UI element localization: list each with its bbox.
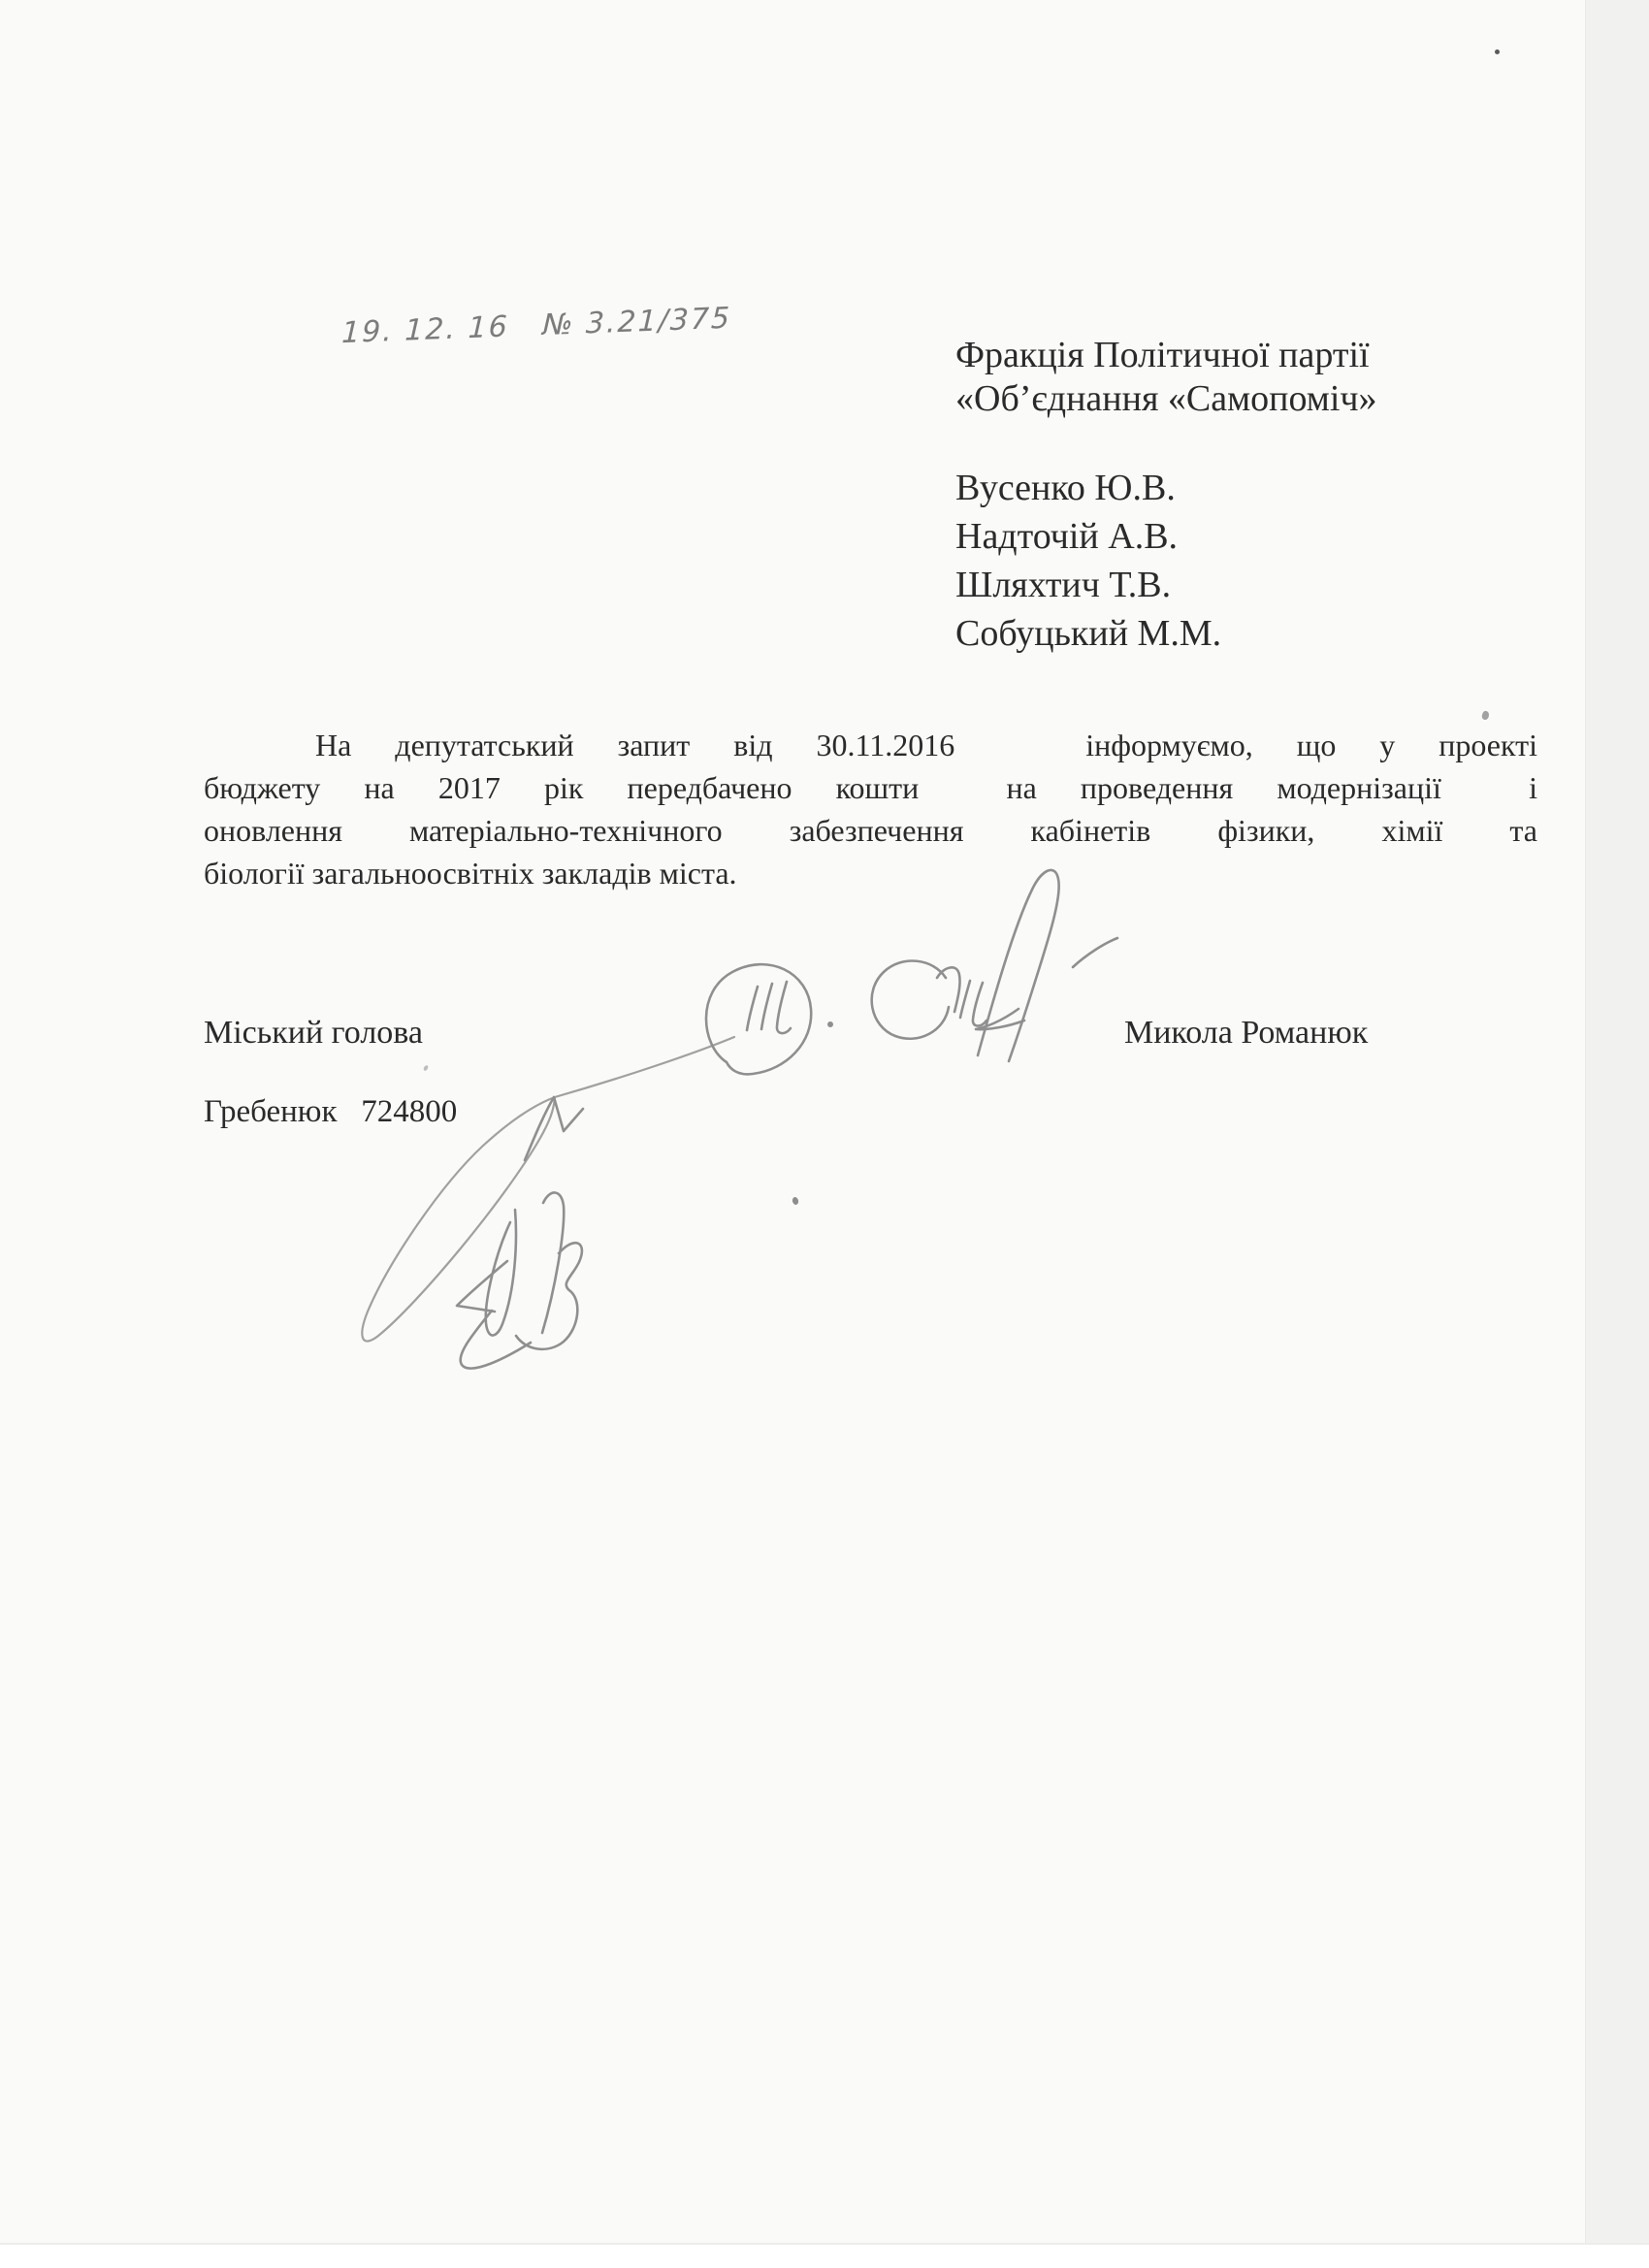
body-paragraph: На депутатський запит від 30.11.2016 інф…: [204, 724, 1537, 894]
recipient-deputies-block: Вусенко Ю.В. Надточій А.В. Шляхтич Т.В. …: [955, 464, 1221, 658]
body-line: бюджету на 2017 рік передбачено кошти на…: [204, 766, 1537, 809]
deputy-name: Надточій А.В.: [955, 512, 1221, 561]
executor-phone-line: Гребенюк 724800: [204, 1094, 457, 1130]
scan-speck: [1481, 710, 1491, 721]
deputy-name: Шляхтич Т.В.: [955, 561, 1221, 609]
handwritten-registration-note: 19. 12. 16 № 3.21/375: [341, 301, 750, 350]
mayor-signature-ink: [0, 0, 1649, 2268]
scan-bottom-strip: [0, 2243, 1649, 2268]
recipient-org-line: «Об’єднання «Самопоміч»: [955, 377, 1377, 421]
deputy-name: Вусенко Ю.В.: [955, 464, 1221, 512]
body-line: На депутатський запит від 30.11.2016 інф…: [204, 724, 1537, 766]
body-line: біології загальноосвітніх закладів міста…: [204, 852, 1537, 894]
recipient-org-block: Фракція Політичної партії «Об’єднання «С…: [955, 334, 1377, 421]
scan-edge-band: [1585, 0, 1649, 2243]
scan-speck: [792, 1196, 799, 1205]
body-line: оновлення матеріально-технічного забезпе…: [204, 809, 1537, 852]
signoff-title: Міський голова: [204, 1015, 423, 1052]
signatory-name: Микола Романюк: [1124, 1015, 1368, 1052]
scan-speck: [1495, 49, 1500, 54]
deputy-name: Собуцький М.М.: [955, 609, 1221, 658]
recipient-org-line: Фракція Політичної партії: [955, 334, 1377, 377]
scanned-letter-page: 19. 12. 16 № 3.21/375 Фракція Політичної…: [0, 0, 1649, 2268]
scan-speck: [423, 1064, 429, 1071]
